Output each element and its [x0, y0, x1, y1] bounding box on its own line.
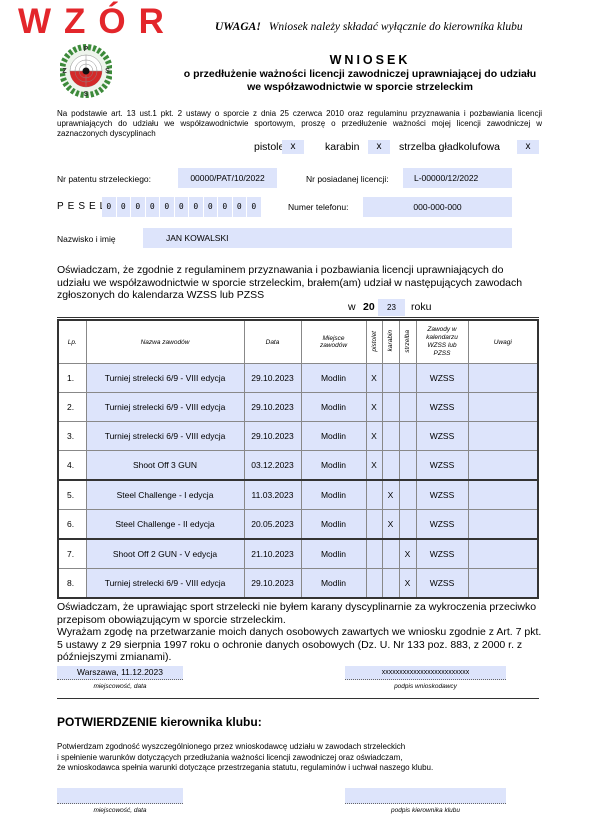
- cell-karabin[interactable]: [382, 539, 399, 569]
- pesel-digit[interactable]: 0: [102, 197, 117, 217]
- divider: [57, 698, 539, 699]
- cell-place[interactable]: Modlin: [301, 393, 366, 422]
- discipline-checkbox-pistolet[interactable]: x: [282, 140, 304, 154]
- pesel-digit[interactable]: 0: [160, 197, 175, 217]
- license-label: Nr posiadanej licencji:: [306, 174, 389, 184]
- cell-notes[interactable]: [468, 393, 538, 422]
- cell-strzelba[interactable]: [399, 510, 416, 540]
- cell-name[interactable]: Shoot Off 3 GUN: [86, 451, 244, 481]
- cell-notes[interactable]: [468, 364, 538, 393]
- cell-strzelba[interactable]: [399, 480, 416, 510]
- notice-text: Wniosek należy składać wyłącznie do kier…: [269, 21, 523, 33]
- form-title: WNIOSEK: [150, 53, 590, 67]
- cell-pistolet[interactable]: X: [366, 451, 382, 481]
- phone-label: Numer telefonu:: [288, 202, 348, 212]
- cell-pistolet[interactable]: X: [366, 364, 382, 393]
- declaration2-text: Oświadczam, że uprawiając sport strzelec…: [57, 601, 547, 664]
- name-label: Nazwisko i imię: [57, 234, 116, 244]
- discipline-label-karabin: karabin: [325, 141, 359, 153]
- svg-text:P: P: [84, 46, 89, 53]
- cell-lp: 7.: [58, 539, 86, 569]
- intro-text: Na podstawie art. 13 ust.1 pkt. 2 ustawy…: [57, 109, 542, 139]
- cell-name[interactable]: Steel Challenge - II edycja: [86, 510, 244, 540]
- pzss-logo: P Z S S: [60, 44, 112, 98]
- cell-karabin[interactable]: [382, 422, 399, 451]
- cell-notes[interactable]: [468, 539, 538, 569]
- cell-karabin[interactable]: X: [382, 480, 399, 510]
- pesel-digit[interactable]: 0: [175, 197, 190, 217]
- cell-karabin[interactable]: X: [382, 510, 399, 540]
- cell-place[interactable]: Modlin: [301, 510, 366, 540]
- cell-place[interactable]: Modlin: [301, 451, 366, 481]
- license-field[interactable]: L-00000/12/2022: [403, 168, 512, 188]
- cell-notes[interactable]: [468, 510, 538, 540]
- form-subtitle: o przedłużenie ważności licencji zawodni…: [120, 68, 595, 94]
- cell-strzelba[interactable]: X: [399, 569, 416, 599]
- pesel-digit[interactable]: 0: [204, 197, 219, 217]
- cell-notes[interactable]: [468, 451, 538, 481]
- cell-place[interactable]: Modlin: [301, 539, 366, 569]
- phone-field[interactable]: 000-000-000: [363, 197, 512, 217]
- table-row: 8.Turniej strelecki 6/9 - VIII edycja29.…: [58, 569, 538, 599]
- cell-name[interactable]: Turniej strelecki 6/9 - VIII edycja: [86, 569, 244, 599]
- cell-date[interactable]: 11.03.2023: [244, 480, 301, 510]
- cell-date[interactable]: 20.05.2023: [244, 510, 301, 540]
- cell-date[interactable]: 29.10.2023: [244, 422, 301, 451]
- club-signature-caption: podpis kierownika klubu: [345, 807, 506, 814]
- divider: [57, 317, 539, 318]
- cell-calendar[interactable]: WZSS: [416, 569, 468, 599]
- pzss-target-logo-icon: P Z S S: [60, 44, 112, 98]
- cell-strzelba[interactable]: [399, 393, 416, 422]
- cell-strzelba[interactable]: [399, 451, 416, 481]
- club-place-date-caption: miejscowość, data: [57, 807, 183, 814]
- patent-label: Nr patentu strzeleckiego:: [57, 174, 151, 184]
- club-signature-field[interactable]: [345, 788, 506, 804]
- svg-text:S: S: [84, 91, 89, 98]
- notice-strong: UWAGA!: [215, 21, 261, 33]
- cell-notes[interactable]: [468, 422, 538, 451]
- table-row: 1.Turniej strelecki 6/9 - VIII edycja29.…: [58, 364, 538, 393]
- cell-name[interactable]: Turniej strelecki 6/9 - VIII edycja: [86, 364, 244, 393]
- cell-lp: 3.: [58, 422, 86, 451]
- pesel-field[interactable]: 0 0 0 0 0 0 0 0 0 0 0: [102, 197, 262, 217]
- applicant-place-date-field[interactable]: Warszawa, 11.12.2023: [57, 666, 183, 680]
- notice: UWAGA!Wniosek należy składać wyłącznie d…: [215, 21, 523, 33]
- table-row: 2.Turniej strelecki 6/9 - VIII edycja29.…: [58, 393, 538, 422]
- cell-lp: 6.: [58, 510, 86, 540]
- cell-name[interactable]: Turniej strelecki 6/9 - VIII edycja: [86, 422, 244, 451]
- cell-name[interactable]: Turniej strelecki 6/9 - VIII edycja: [86, 393, 244, 422]
- cell-pistolet[interactable]: [366, 539, 382, 569]
- competitions-table: Lp. Nazwa zawodów Data Miejsce zawodów p…: [57, 319, 539, 599]
- cell-place[interactable]: Modlin: [301, 569, 366, 599]
- cell-pistolet[interactable]: [366, 569, 382, 599]
- table-row: 7.Shoot Off 2 GUN - V edycja21.10.2023Mo…: [58, 539, 538, 569]
- cell-strzelba[interactable]: [399, 422, 416, 451]
- watermark: WZÓR: [18, 2, 177, 42]
- header-date: Data: [244, 320, 301, 364]
- cell-place[interactable]: Modlin: [301, 422, 366, 451]
- cell-karabin[interactable]: [382, 393, 399, 422]
- applicant-place-date-caption: miejscowość, data: [57, 683, 183, 690]
- cell-calendar[interactable]: WZSS: [416, 480, 468, 510]
- cell-calendar[interactable]: WZSS: [416, 393, 468, 422]
- cell-calendar[interactable]: WZSS: [416, 422, 468, 451]
- table-row: 4.Shoot Off 3 GUN03.12.2023ModlinXWZSS: [58, 451, 538, 481]
- club-place-date-field[interactable]: [57, 788, 183, 804]
- header-calendar: Zawody w kalendarzu WZSS lub PZSS: [416, 320, 468, 364]
- svg-text:Z: Z: [62, 68, 67, 75]
- table-header-row: Lp. Nazwa zawodów Data Miejsce zawodów p…: [58, 320, 538, 364]
- cell-date[interactable]: 29.10.2023: [244, 569, 301, 599]
- confirmation-text: Potwierdzam zgodność wyszczególnionego p…: [57, 742, 547, 774]
- pesel-digit[interactable]: 0: [189, 197, 204, 217]
- header-strzelba: strzelba: [399, 320, 416, 364]
- header-pistolet: pistolet: [366, 320, 382, 364]
- cell-lp: 1.: [58, 364, 86, 393]
- cell-strzelba[interactable]: [399, 364, 416, 393]
- cell-calendar[interactable]: WZSS: [416, 539, 468, 569]
- cell-calendar[interactable]: WZSS: [416, 364, 468, 393]
- pesel-digit[interactable]: 0: [233, 197, 248, 217]
- cell-karabin[interactable]: [382, 569, 399, 599]
- cell-lp: 8.: [58, 569, 86, 599]
- table-row: 6.Steel Challenge - II edycja20.05.2023M…: [58, 510, 538, 540]
- cell-place[interactable]: Modlin: [301, 364, 366, 393]
- year-field[interactable]: 23: [378, 299, 405, 316]
- discipline-label-strzelba: strzelba gładkolufowa: [399, 141, 500, 153]
- cell-lp: 2.: [58, 393, 86, 422]
- pesel-digit[interactable]: 0: [247, 197, 262, 217]
- name-field[interactable]: JAN KOWALSKI: [143, 228, 512, 248]
- cell-notes[interactable]: [468, 480, 538, 510]
- applicant-signature-field[interactable]: xxxxxxxxxxxxxxxxxxxxxxxxx: [345, 666, 506, 680]
- pesel-digit[interactable]: 0: [146, 197, 161, 217]
- declaration-text: Oświadczam, że zgodnie z regulaminem prz…: [57, 264, 537, 302]
- cell-date[interactable]: 21.10.2023: [244, 539, 301, 569]
- year-prefix: w: [348, 301, 356, 313]
- cell-lp: 5.: [58, 480, 86, 510]
- cell-pistolet[interactable]: X: [366, 393, 382, 422]
- cell-strzelba[interactable]: X: [399, 539, 416, 569]
- cell-pistolet[interactable]: [366, 480, 382, 510]
- cell-place[interactable]: Modlin: [301, 480, 366, 510]
- cell-calendar[interactable]: WZSS: [416, 510, 468, 540]
- patent-field[interactable]: 00000/PAT/10/2022: [178, 168, 277, 188]
- header-place: Miejsce zawodów: [301, 320, 366, 364]
- header-karabin: karabin: [382, 320, 399, 364]
- year-century: 20: [363, 301, 375, 313]
- cell-date[interactable]: 29.10.2023: [244, 393, 301, 422]
- header-notes: Uwagi: [468, 320, 538, 364]
- year-suffix: roku: [411, 301, 431, 313]
- cell-name[interactable]: Shoot Off 2 GUN - V edycja: [86, 539, 244, 569]
- cell-pistolet[interactable]: X: [366, 422, 382, 451]
- pesel-digit[interactable]: 0: [131, 197, 146, 217]
- pesel-digit[interactable]: 0: [117, 197, 132, 217]
- cell-pistolet[interactable]: [366, 510, 382, 540]
- svg-text:S: S: [105, 68, 110, 75]
- header-lp: Lp.: [58, 320, 86, 364]
- cell-date[interactable]: 03.12.2023: [244, 451, 301, 481]
- table-row: 5.Steel Challenge - I edycja11.03.2023Mo…: [58, 480, 538, 510]
- cell-date[interactable]: 29.10.2023: [244, 364, 301, 393]
- pesel-digit[interactable]: 0: [218, 197, 233, 217]
- discipline-checkbox-strzelba[interactable]: x: [517, 140, 539, 154]
- discipline-checkbox-karabin[interactable]: x: [368, 140, 390, 154]
- header-name: Nazwa zawodów: [86, 320, 244, 364]
- table-row: 3.Turniej strelecki 6/9 - VIII edycja29.…: [58, 422, 538, 451]
- cell-karabin[interactable]: [382, 364, 399, 393]
- cell-calendar[interactable]: WZSS: [416, 451, 468, 481]
- confirmation-title: POTWIERDZENIE kierownika klubu:: [57, 715, 262, 729]
- applicant-signature-caption: podpis wnioskodawcy: [345, 683, 506, 690]
- cell-name[interactable]: Steel Challenge - I edycja: [86, 480, 244, 510]
- cell-karabin[interactable]: [382, 451, 399, 481]
- cell-lp: 4.: [58, 451, 86, 481]
- cell-notes[interactable]: [468, 569, 538, 599]
